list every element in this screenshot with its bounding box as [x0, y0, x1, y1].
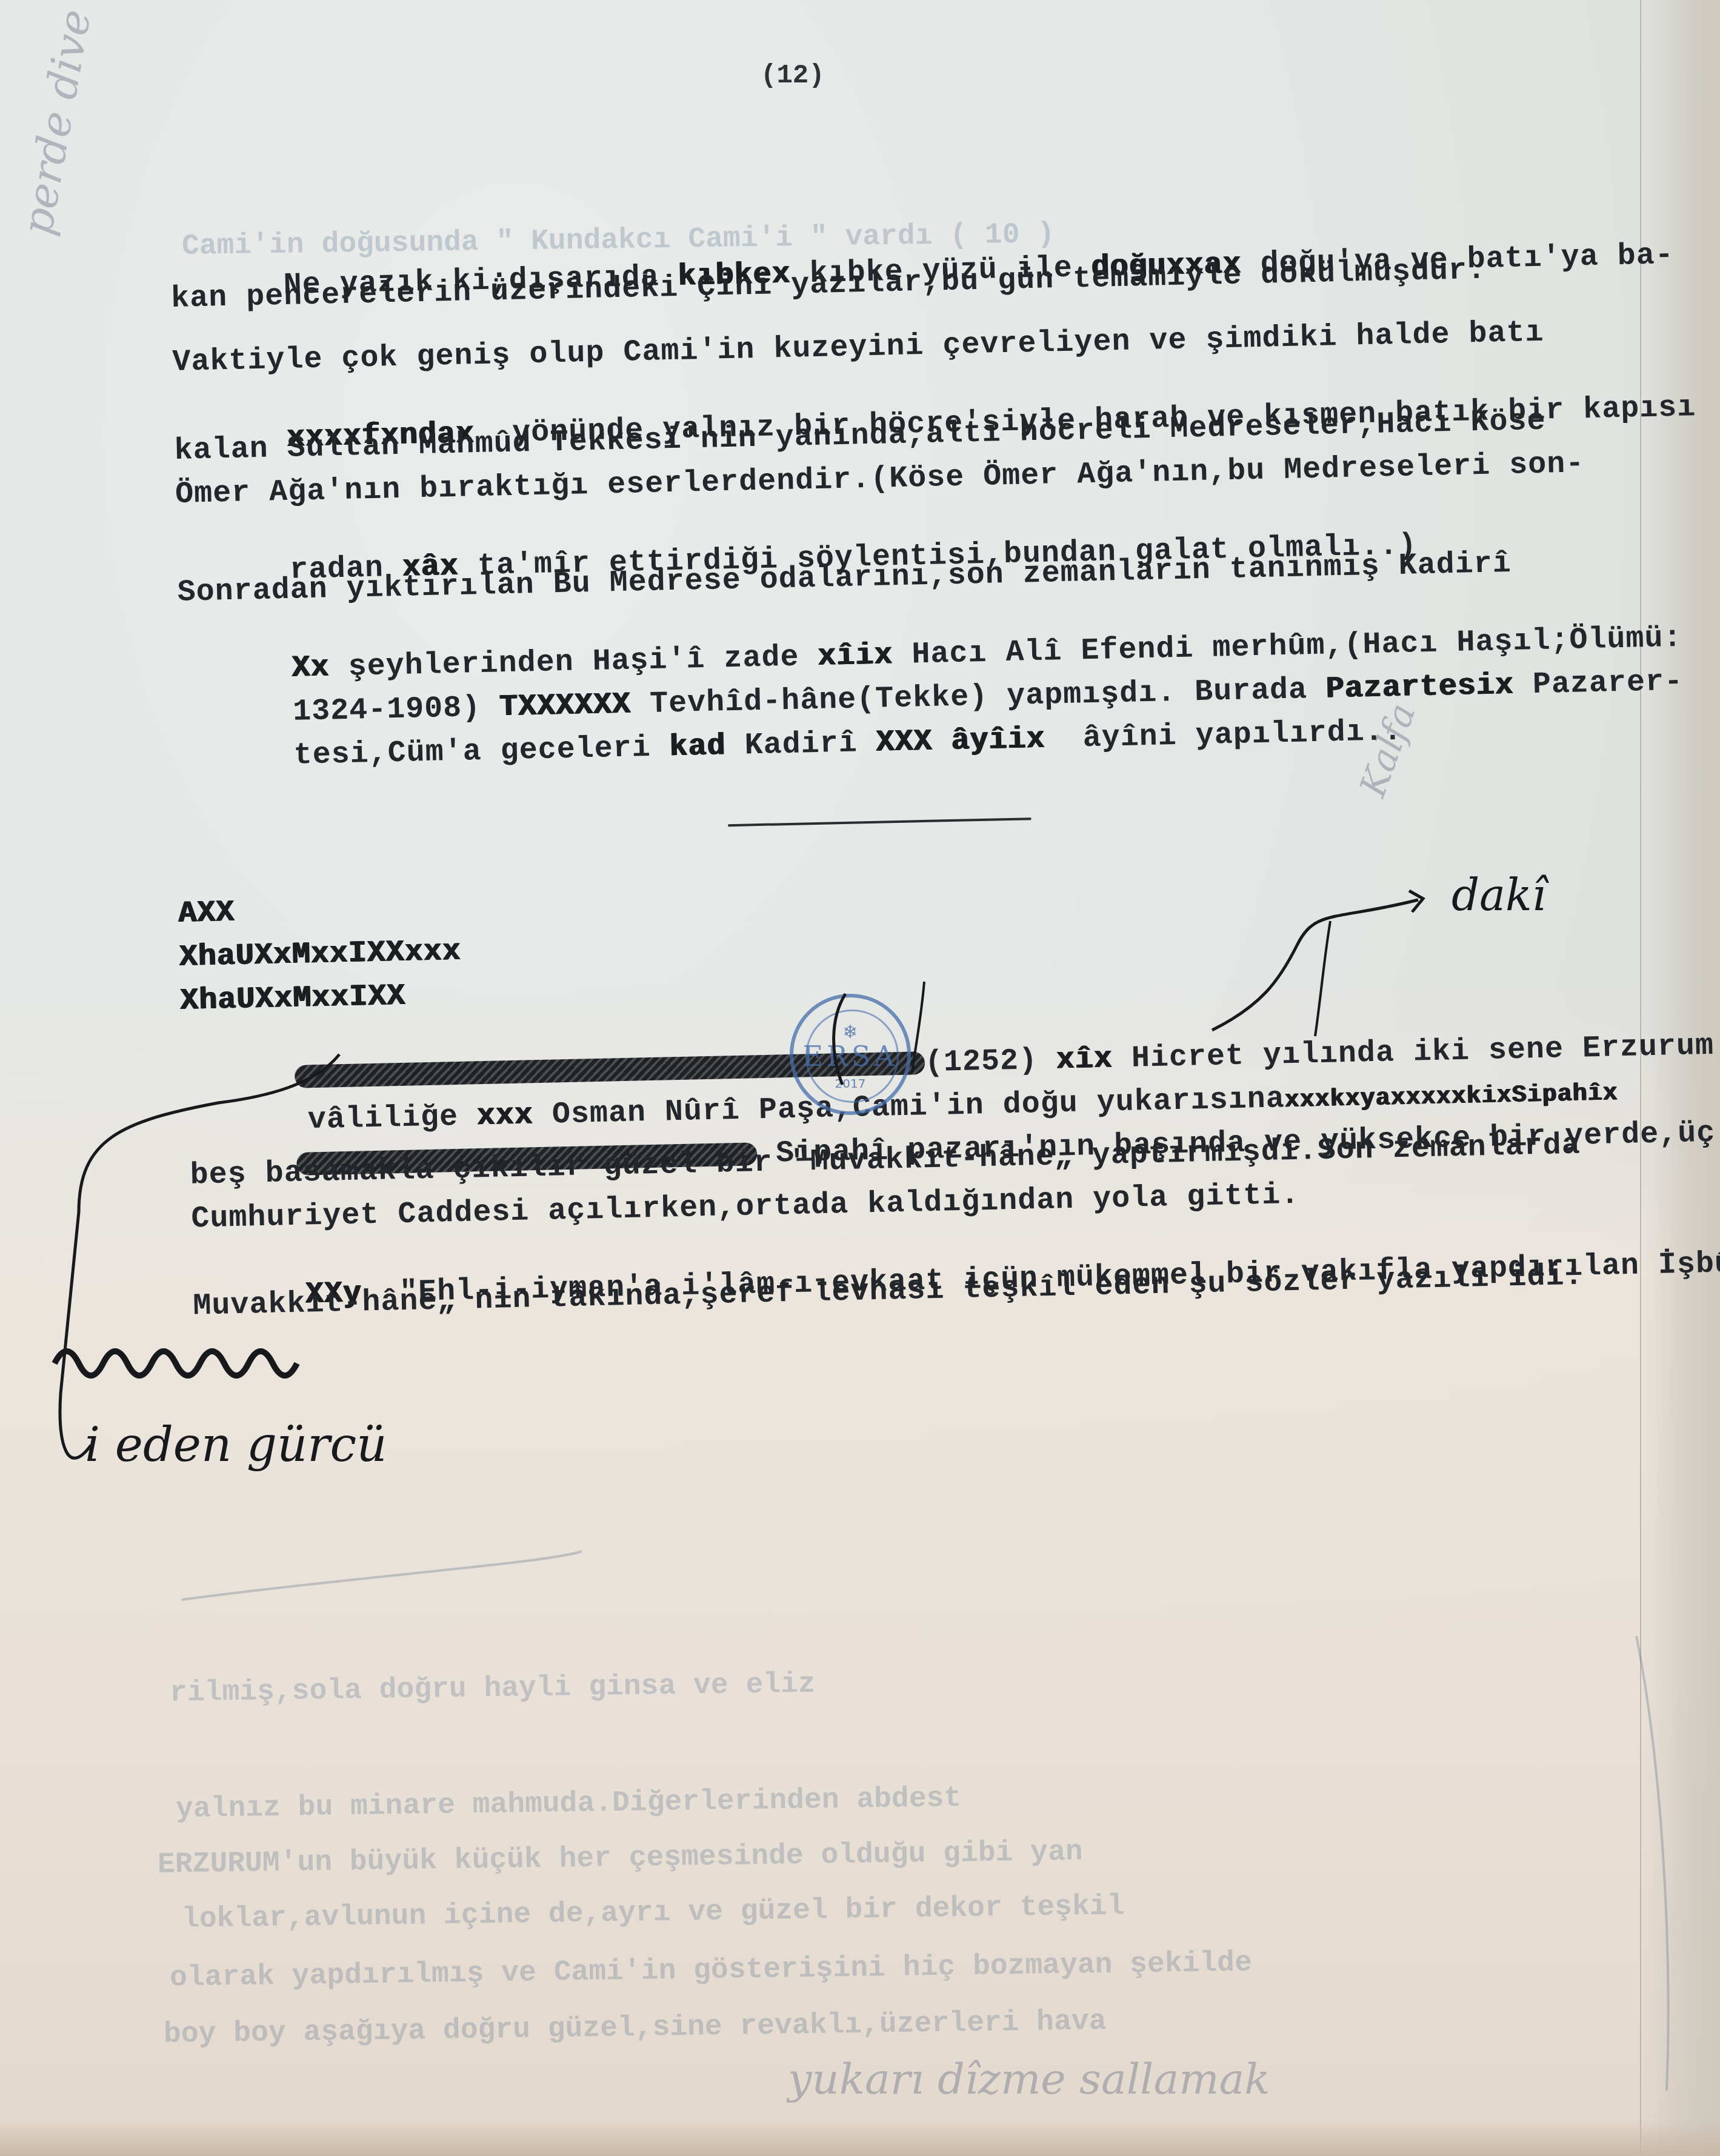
handwritten-insertion: dakî [1452, 870, 1546, 920]
document-page: Cami'in doğusunda " Kundakcı Cami'i " va… [0, 0, 1720, 2156]
ink-annotation-strokes [0, 0, 1720, 2156]
pencil-signature: yukarı dîzme sallamak [788, 2054, 1270, 2104]
handwritten-insertion: i eden gürcü [85, 1418, 387, 1472]
